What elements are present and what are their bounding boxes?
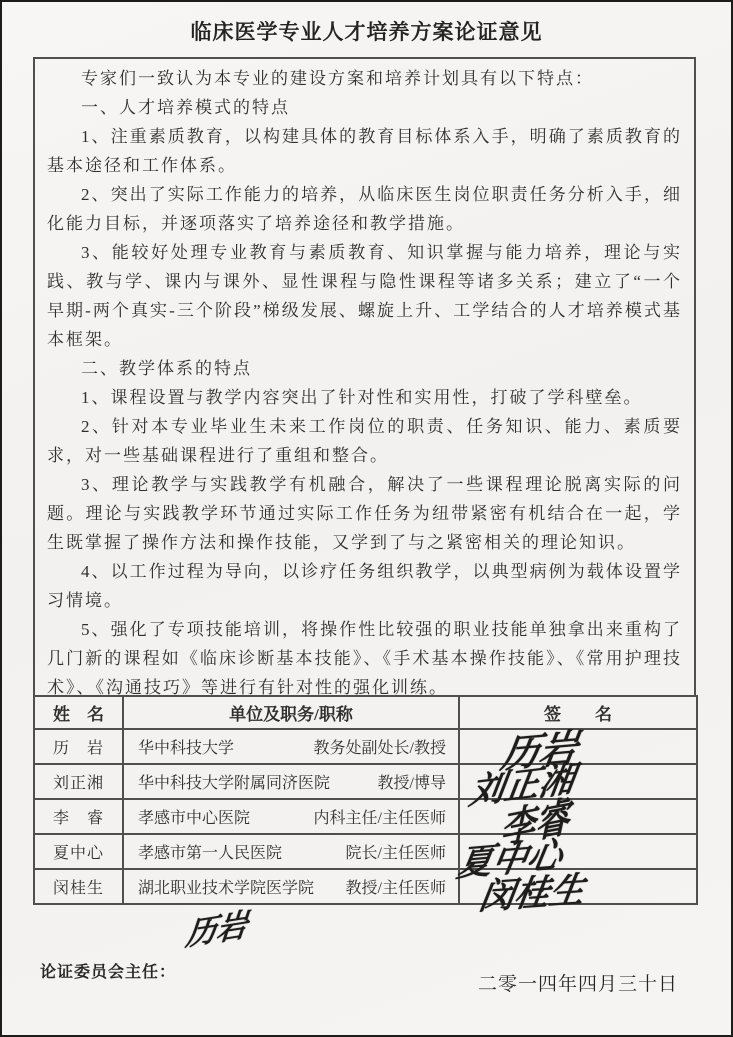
document-title: 临床医学专业人才培养方案论证意见 xyxy=(0,16,733,46)
member-unit: 孝感市第一人民医院 xyxy=(138,840,282,863)
unit-title-wrap: 华中科技大学教务处副处长/教授 xyxy=(138,730,446,763)
paragraph-intro: 专家们一致认为本专业的建设方案和培养计划具有以下特点： xyxy=(47,64,682,93)
member-title: 内科主任/主任医师 xyxy=(314,805,446,828)
paragraph-2-3: 3、理论教学与实践教学有机融合，解决了一些课程理论脱离实际的问题。理论与实践教学… xyxy=(47,470,682,557)
unit-title-wrap: 华中科技大学附属同济医院教授/博导 xyxy=(138,765,446,798)
document-body-frame: 专家们一致认为本专业的建设方案和培养计划具有以下特点： 一、人才培养模式的特点 … xyxy=(33,57,696,905)
member-name: 李 睿 xyxy=(34,799,123,834)
member-title: 院长/主任医师 xyxy=(346,840,446,863)
paragraph-1-3: 3、能较好处理专业教育与素质教育、知识掌握与能力培养，理论与实践、教与学、课内与… xyxy=(47,238,682,354)
paragraph-2-2: 2、针对本专业毕业生未来工作岗位的职责、任务知识、能力、素质要求，对一些基础课程… xyxy=(47,412,682,470)
paragraph-1-2: 2、突出了实际工作能力的培养，从临床医生岗位职责任务分析入手，细化能力目标，并逐… xyxy=(47,180,682,238)
member-unit: 湖北职业技术学院医学院 xyxy=(138,875,314,898)
member-title: 教授/博导 xyxy=(378,770,446,793)
paragraph-section-1-heading: 一、人才培养模式的特点 xyxy=(47,93,682,122)
table-row: 夏中心 孝感市第一人民医院院长/主任医师 xyxy=(34,834,697,869)
header-name: 姓 名 xyxy=(34,696,123,729)
unit-title-wrap: 孝感市第一人民医院院长/主任医师 xyxy=(138,835,446,868)
member-name: 闵桂生 xyxy=(34,869,123,904)
paragraph-2-1: 1、课程设置与教学内容突出了针对性和实用性，打破了学科壁垒。 xyxy=(47,383,682,412)
scanned-document-page: { "document": { "title": "临床医学专业人才培养方案论证… xyxy=(0,0,733,1037)
paragraph-section-2-heading: 二、教学体系的特点 xyxy=(47,354,682,383)
member-title: 教务处副处长/教授 xyxy=(314,735,446,758)
paragraph-2-4: 4、以工作过程为导向，以诊疗任务组织教学，以典型病例为载体设置学习情境。 xyxy=(47,557,682,615)
member-title: 教授/主任医师 xyxy=(346,875,446,898)
table-row: 闵桂生 湖北职业技术学院医学院教授/主任医师 xyxy=(34,869,697,904)
member-name: 夏中心 xyxy=(34,834,123,869)
committee-table: 姓 名 单位及职务/职称 签 名 历 岩 华中科技大学教务处副处长/教授 刘正湘… xyxy=(33,695,698,905)
member-name: 刘正湘 xyxy=(34,764,123,799)
document-date: 二零一四年四月三十日 xyxy=(478,969,678,996)
chair-handwritten-signature: 历岩 xyxy=(184,898,250,954)
paragraph-2-5: 5、强化了专项技能培训，将操作性比较强的职业技能单独拿出来重构了几门新的课程如《… xyxy=(47,615,682,695)
table-row: 历 岩 华中科技大学教务处副处长/教授 xyxy=(34,729,697,764)
opinion-text-block: 专家们一致认为本专业的建设方案和培养计划具有以下特点： 一、人才培养模式的特点 … xyxy=(33,57,696,695)
table-row: 李 睿 孝感市中心医院内科主任/主任医师 xyxy=(34,799,697,834)
unit-title-wrap: 孝感市中心医院内科主任/主任医师 xyxy=(138,800,446,833)
header-unit-title: 单位及职务/职称 xyxy=(123,696,459,729)
member-unit: 华中科技大学 xyxy=(138,735,234,758)
paragraph-1-1: 1、注重素质教育，以构建具体的教育目标体系入手，明确了素质教育的基本途径和工作体… xyxy=(47,122,682,180)
unit-title-wrap: 湖北职业技术学院医学院教授/主任医师 xyxy=(138,870,446,903)
handwritten-signature-min-guisheng: 闵桂生 xyxy=(476,862,589,920)
committee-chair-label: 论证委员会主任： xyxy=(40,959,176,982)
table-row: 刘正湘 华中科技大学附属同济医院教授/博导 xyxy=(34,764,697,799)
member-unit: 孝感市中心医院 xyxy=(138,805,250,828)
member-name: 历 岩 xyxy=(34,729,123,764)
table-header-row: 姓 名 单位及职务/职称 签 名 xyxy=(34,696,697,729)
member-unit: 华中科技大学附属同济医院 xyxy=(138,770,330,793)
